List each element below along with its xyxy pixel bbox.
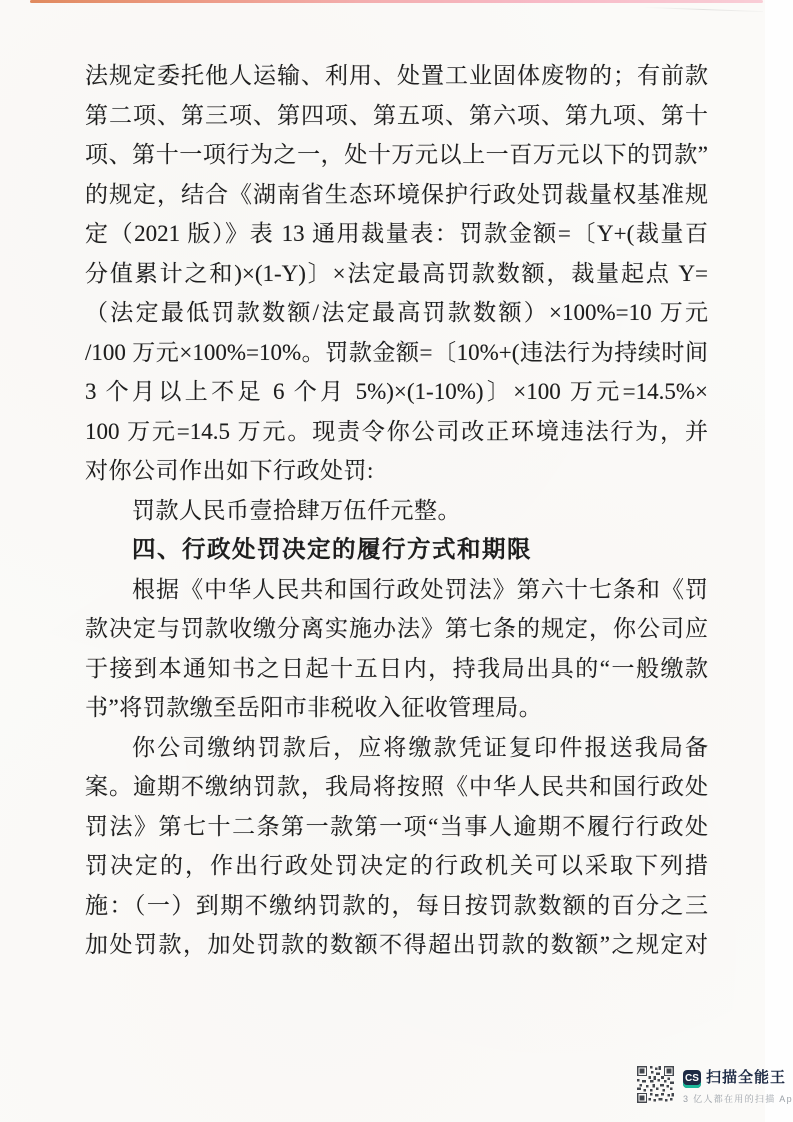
camscanner-logo-icon: CS <box>683 1070 701 1088</box>
text-line: 于接到本通知书之日起十五日内，持我局出具的“一般缴款 <box>85 649 708 689</box>
text-line: 案。逾期不缴纳罚款，我局将按照《中华人民共和国行政处 <box>85 767 708 807</box>
text-line: 施：（一）到期不缴纳罚款的，每日按罚款数额的百分之三 <box>85 886 708 926</box>
qr-code-icon <box>637 1066 674 1103</box>
text-line: 第二项、第三项、第四项、第五项、第六项、第九项、第十 <box>85 96 708 136</box>
text-line: 对你公司作出如下行政处罚: <box>85 451 708 491</box>
text-line: 款决定与罚款收缴分离实施办法》第七条的规定，你公司应 <box>85 609 708 649</box>
text-line: 书”将罚款缴至岳阳市非税收入征收管理局。 <box>85 688 708 728</box>
scanner-app-tagline: 3 亿人都在用的扫描 App <box>683 1094 793 1105</box>
text-line: 罚法》第七十二条第一款第一项“当事人逾期不履行行政处 <box>85 807 708 847</box>
scan-artifact-top-line <box>30 0 763 3</box>
text-line: 项、第十一项行为之一，处十万元以上一百万元以下的罚款” <box>85 135 708 175</box>
text-line: 罚决定的，作出行政处罚决定的行政机关可以采取下列措 <box>85 846 708 886</box>
text-line: 分值累计之和)×(1-Y)〕×法定最高罚款数额，裁量起点 Y= <box>85 254 708 294</box>
text-line: 的规定，结合《湖南省生态环境保护行政处罚裁量权基准规 <box>85 175 708 215</box>
section-heading: 四、行政处罚决定的履行方式和期限 <box>85 530 708 570</box>
text-line: 罚款人民币壹拾肆万伍仟元整。 <box>85 491 708 531</box>
text-line: 你公司缴纳罚款后，应将缴款凭证复印件报送我局备 <box>85 728 708 768</box>
scan-page-edge <box>765 0 793 1122</box>
text-line: 加处罚款，加处罚款的数额不得超出罚款的数额”之规定对 <box>85 925 708 965</box>
text-line: /100 万元×100%=10%。罚款金额=〔10%+(违法行为持续时间 <box>85 333 708 373</box>
text-line: （法定最低罚款数额/法定最高罚款数额）×100%=10 万元 <box>85 293 708 333</box>
text-line: 100 万元=14.5 万元。现责令你公司改正环境违法行为，并 <box>85 412 708 452</box>
text-line: 根据《中华人民共和国行政处罚法》第六十七条和《罚 <box>85 570 708 610</box>
scanned-document-page: 法规定委托他人运输、利用、处置工业固体废物的；有前款第二项、第三项、第四项、第五… <box>0 0 793 1122</box>
document-text: 法规定委托他人运输、利用、处置工业固体废物的；有前款第二项、第三项、第四项、第五… <box>85 56 708 965</box>
text-line: 定（2021 版）》表 13 通用裁量表：罚款金额=〔Y+(裁量百 <box>85 214 708 254</box>
scan-artifact-scratch <box>643 7 763 12</box>
text-line: 法规定委托他人运输、利用、处置工业固体废物的；有前款 <box>85 56 708 96</box>
scanner-watermark: CS 扫描全能王 3 亿人都在用的扫描 App <box>637 1066 787 1111</box>
text-line: 3 个月以上不足 6 个月 5%)×(1-10%)〕×100 万元=14.5%× <box>85 372 708 412</box>
scanner-app-name: 扫描全能王 <box>706 1069 786 1087</box>
